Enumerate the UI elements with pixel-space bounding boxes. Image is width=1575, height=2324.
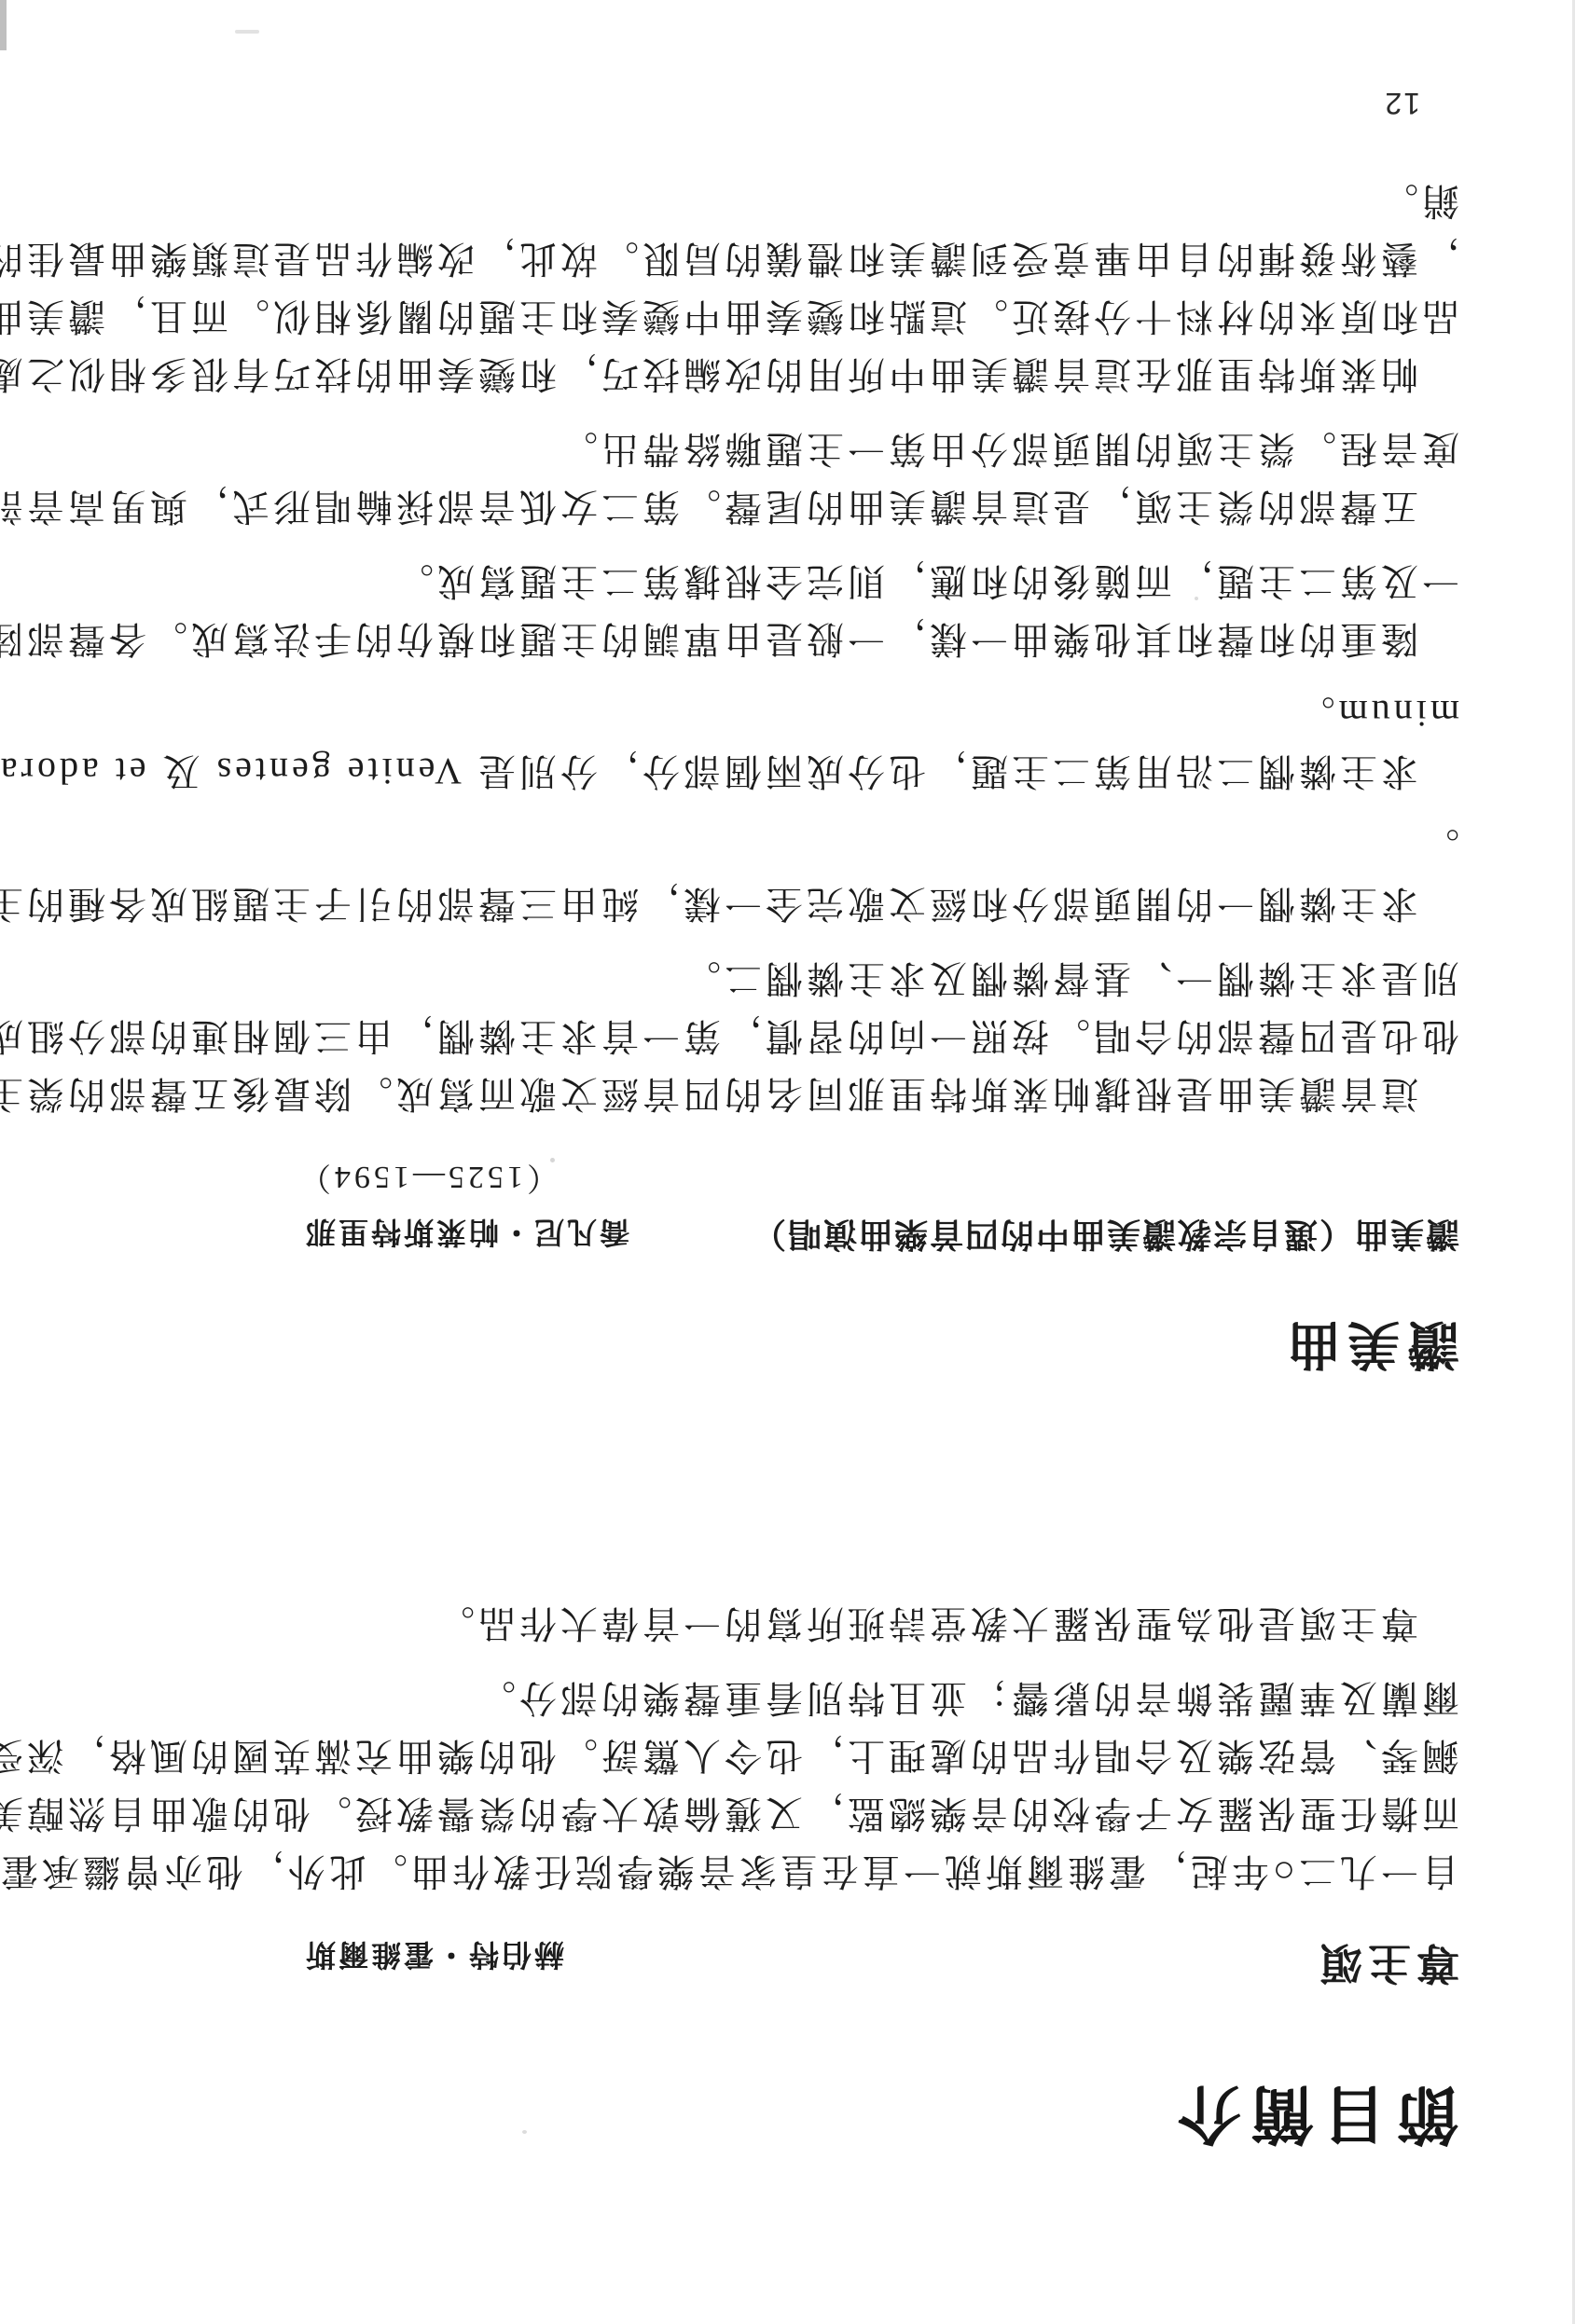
section-magnificat-header: 尊主頌 赫伯特・霍維爾斯 bbox=[79, 1935, 1459, 1997]
text-line: 帕萊斯特里那在這首讚美曲中所用的改編技巧，和變奏曲的技巧有很多相似之處。這首作 bbox=[79, 345, 1459, 403]
text-line: 隆重的和聲和其他樂曲一樣，一般是由單調的主題和模仿的手法寫成。各聲部陸續唱出第 bbox=[79, 610, 1459, 667]
page-title: 節目簡介 bbox=[79, 2073, 1459, 2164]
rotated-page-content: 節目簡介 尊主頌 赫伯特・霍維爾斯 自一九二○年起，霍維爾斯就一直在皇家音樂學院… bbox=[0, 0, 1575, 2324]
paragraph: 這首讚美曲是根據帕萊斯特里那同名的四首經文歌而寫成。除最後五聲部的榮主頌外，其他… bbox=[79, 949, 1459, 1122]
text-line: 銷。 bbox=[79, 172, 1459, 229]
section-laudate-subheader: 讚美曲（選自宗教讚美曲中的四首樂曲演唱） 喬凡尼・帕萊斯特里那 bbox=[79, 1213, 1459, 1260]
paragraph: 五聲部的榮主頌，是這首讚美曲的尾聲。第二女低音部採輪唱形式，與男高音部形成八度音… bbox=[79, 419, 1459, 535]
text-line: 尊主頌是他為聖保羅大教堂詩班所寫的一首偉大作品。 bbox=[79, 1594, 1459, 1652]
paragraph: 自一九二○年起，霍維爾斯就一直在皇家音樂學院任教作曲。此外，他亦曾繼承霍爾斯特而… bbox=[79, 1669, 1459, 1900]
text-line: 鋼琴、管弦樂及合唱作品的處理上，也令人驚訝。他的樂曲充滿英國的風格，深受愛 bbox=[79, 1726, 1459, 1784]
text-line: 品和原來的材料十分接近。這點和變奏曲中變奏和主題的關係相似。而且，讚美曲中 bbox=[79, 287, 1459, 345]
section-heading-magnificat: 尊主頌 bbox=[1314, 1935, 1459, 1997]
section-heading-laudate-large: 讚美曲 bbox=[79, 1311, 1459, 1385]
composer-name-palestrina: 喬凡尼・帕萊斯特里那 bbox=[303, 1213, 629, 1256]
text-line: 五聲部的榮主頌，是這首讚美曲的尾聲。第二女低音部採輪唱形式，與男高音部形成八 bbox=[79, 477, 1459, 535]
laudate-subheading: 讚美曲（選自宗教讚美曲中的四首樂曲演唱） bbox=[751, 1213, 1459, 1260]
text-line: 求主憐憫二沿用第二主題，也分成兩個部分，分別是 Venite gentes 及 … bbox=[79, 742, 1459, 800]
scan-smudge bbox=[235, 30, 259, 34]
scan-edge-mark bbox=[0, 0, 7, 50]
text-line: 爾蘭及華麗裝飾音的影響；並且特別看重聲樂的部分。 bbox=[79, 1669, 1459, 1726]
text-line: 求主憐憫一的開頭部分和經文歌完全一樣，純由三聲部的引子主題組成各種的主題材料 bbox=[79, 874, 1459, 932]
paragraph: 尊主頌是他為聖保羅大教堂詩班所寫的一首偉大作品。 bbox=[79, 1594, 1459, 1652]
text-line: minum。 bbox=[79, 684, 1459, 742]
paragraph: 帕萊斯特里那在這首讚美曲中所用的改編技巧，和變奏曲的技巧有很多相似之處。這首作品… bbox=[79, 172, 1459, 403]
page-content: 節目簡介 尊主頌 赫伯特・霍維爾斯 自一九二○年起，霍維爾斯就一直在皇家音樂學院… bbox=[79, 155, 1459, 2324]
scanned-page: 節目簡介 尊主頌 赫伯特・霍維爾斯 自一九二○年起，霍維爾斯就一直在皇家音樂學院… bbox=[0, 0, 1575, 2324]
text-line: 一及第二主題，而隨後的和應，則完全根據第二主題寫成。 bbox=[79, 552, 1459, 610]
text-line: 自一九二○年起，霍維爾斯就一直在皇家音樂學院任教作曲。此外，他亦曾繼承霍爾斯特 bbox=[79, 1842, 1459, 1900]
section-laudate-body: 這首讚美曲是根據帕萊斯特里那同名的四首經文歌而寫成。除最後五聲部的榮主頌外，其他… bbox=[79, 172, 1459, 1122]
text-line: 他也是四聲部的合唱。按照一向的習慣，第一首求主憐憫，由三個相連的部分組成，分 bbox=[79, 1007, 1459, 1065]
scan-speckle bbox=[550, 1158, 555, 1162]
section-magnificat-body: 自一九二○年起，霍維爾斯就一直在皇家音樂學院任教作曲。此外，他亦曾繼承霍爾斯特而… bbox=[79, 1594, 1459, 1900]
scan-speckle bbox=[522, 2130, 527, 2134]
paragraph: 隆重的和聲和其他樂曲一樣，一般是由單調的主題和模仿的手法寫成。各聲部陸續唱出第一… bbox=[79, 552, 1459, 667]
page-number: 12 bbox=[1383, 86, 1420, 120]
composer-dates: （1525—1594） bbox=[79, 1158, 1459, 1203]
scan-speckle bbox=[1195, 597, 1198, 600]
text-line: 。 bbox=[79, 817, 1459, 874]
composer-name-howells: 赫伯特・霍維爾斯 bbox=[303, 1935, 564, 1978]
text-line: 度音程。榮主頌的開頭部分由第一主題聯絡帶出。 bbox=[79, 419, 1459, 477]
text-line: 別是求主憐憫一、基督憐憫及求主憐憫二。 bbox=[79, 949, 1459, 1007]
text-line: 這首讚美曲是根據帕萊斯特里那同名的四首經文歌而寫成。除最後五聲部的榮主頌外，其 bbox=[79, 1065, 1459, 1122]
text-line: 而擔任聖保羅女子學校的音樂總監，又獲倫敦大學的榮譽教授。他的歌曲自然醇美，而在 bbox=[79, 1784, 1459, 1842]
text-line: ，藝術發揮的自由畢竟受到讚美和禮儀的局限。故此，改編作品是這類樂曲最佳的推 bbox=[79, 229, 1459, 287]
paragraph: 求主憐憫二沿用第二主題，也分成兩個部分，分別是 Venite gentes 及 … bbox=[79, 684, 1459, 800]
paragraph: 求主憐憫一的開頭部分和經文歌完全一樣，純由三聲部的引子主題組成各種的主題材料。 bbox=[79, 817, 1459, 932]
